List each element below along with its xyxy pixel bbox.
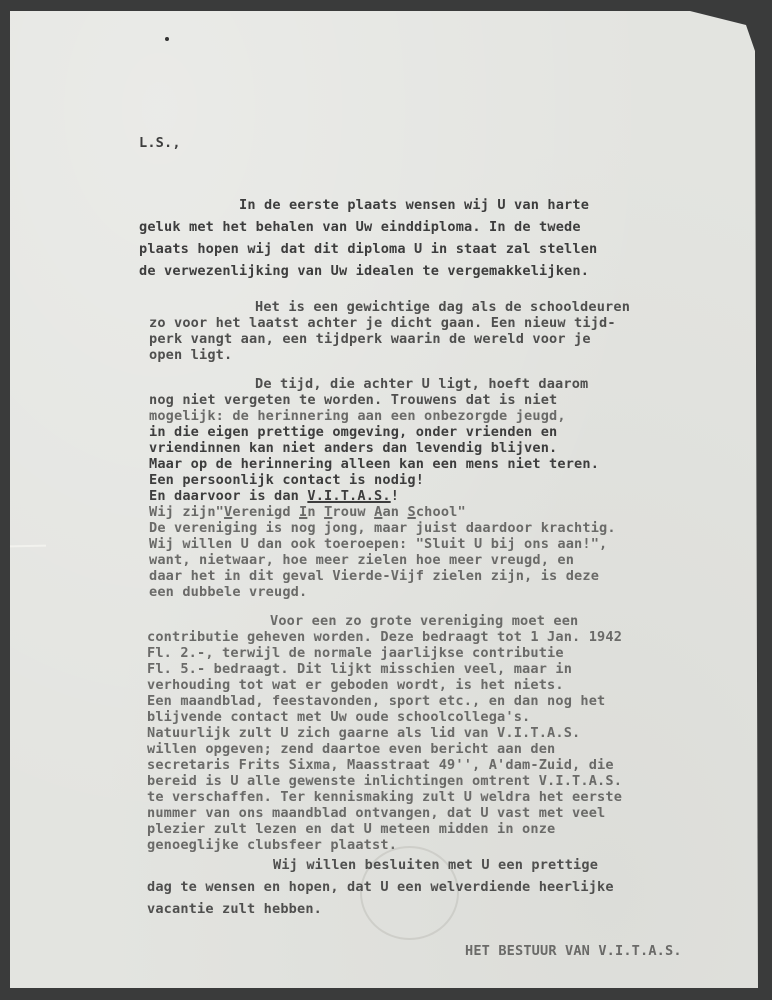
paragraph-2-line-2: zo voor het laatst achter je dicht gaan.… xyxy=(149,315,616,331)
motto-initial: I xyxy=(299,504,307,520)
vitas-underlined: V.I.T.A.S. xyxy=(307,488,390,504)
paragraph-3-line-6: Maar op de herinnering alleen kan een me… xyxy=(149,456,599,472)
motto-initial: T xyxy=(324,504,332,520)
paragraph-5-line-3: vacantie zult hebben. xyxy=(147,901,322,917)
motto-word-school: School xyxy=(407,504,457,520)
paragraph-1-line-1: In de eerste plaats wensen wij U van har… xyxy=(239,197,589,213)
paragraph-4-line-7: blijvende contact met Uw oude schoolcoll… xyxy=(147,709,530,725)
paragraph-4-line-10: secretaris Frits Sixma, Maasstraat 49'',… xyxy=(147,757,614,773)
paragraph-4-line-13: nummer van ons maandblad ontvangen, dat … xyxy=(147,805,605,821)
letter-paper: L.S., In de eerste plaats wensen wij U v… xyxy=(10,11,758,988)
paragraph-1-line-3: plaats hopen wij dat dit diploma U in st… xyxy=(139,241,597,257)
paragraph-2-line-1: Het is een gewichtige dag als de schoold… xyxy=(255,299,630,315)
paragraph-3-line-11: Wij willen U dan ook toeroepen: "Sluit U… xyxy=(149,536,607,552)
motto-line: Wij zijn"Verenigd In Trouw Aan School" xyxy=(149,504,466,520)
paragraph-3-line-7: Een persoonlijk contact is nodig! xyxy=(149,472,424,488)
paragraph-2-line-4: open ligt. xyxy=(149,347,232,363)
paragraph-4-line-9: willen opgeven; zend daartoe even berich… xyxy=(147,741,555,757)
paragraph-3-line-10: De vereniging is nog jong, maar juist da… xyxy=(149,520,616,536)
vitas-prefix: En daarvoor is dan xyxy=(149,488,307,504)
motto-word-verenigd: Verenigd xyxy=(224,504,291,520)
paragraph-3-line-1: De tijd, die achter U ligt, hoeft daarom xyxy=(255,376,588,392)
paragraph-3-line-5: vriendinnen kan niet anders dan levendig… xyxy=(149,440,557,456)
paragraph-4-line-11: bereid is U alle gewenste inlichtingen o… xyxy=(147,773,622,789)
paragraph-5-line-1: Wij willen besluiten met U een prettige xyxy=(273,857,598,873)
vitas-line: En daarvoor is dan V.I.T.A.S.! xyxy=(149,488,399,504)
paragraph-4-line-6: Een maandblad, feestavonden, sport etc.,… xyxy=(147,693,605,709)
motto-word-trouw: Trouw xyxy=(324,504,366,520)
motto-initial: A xyxy=(374,504,382,520)
paragraph-4-line-12: te verschaffen. Ter kennismaking zult U … xyxy=(147,789,622,805)
paragraph-2-line-3: perk vangt aan, een tijdperk waarin de w… xyxy=(149,331,591,347)
paragraph-5-line-2: dag te wensen en hopen, dat U een welver… xyxy=(147,879,614,895)
paragraph-3-line-4: in die eigen prettige omgeving, onder vr… xyxy=(149,424,557,440)
paragraph-1-line-4: de verwezenlijking van Uw idealen te ver… xyxy=(139,263,589,279)
motto-initial: S xyxy=(407,504,415,520)
paragraph-1-line-2: geluk met het behalen van Uw einddiploma… xyxy=(139,219,581,235)
paragraph-3-line-13: daar het in dit geval Vierde-Vijf zielen… xyxy=(149,568,599,584)
vitas-suffix: ! xyxy=(391,488,399,504)
paragraph-4-line-15: genoeglijke clubsfeer plaatst. xyxy=(147,837,397,853)
motto-suffix: " xyxy=(457,504,465,520)
paragraph-4-line-8: Natuurlijk zult U zich gaarne als lid va… xyxy=(147,725,580,741)
motto-prefix: Wij zijn" xyxy=(149,504,224,520)
letter-body: L.S., In de eerste plaats wensen wij U v… xyxy=(10,11,758,988)
paragraph-4-line-3: Fl. 2.-, terwijl de normale jaarlijkse c… xyxy=(147,645,564,661)
motto-initial: V xyxy=(224,504,232,520)
salutation: L.S., xyxy=(139,135,181,151)
paragraph-4-line-4: Fl. 5.- bedraagt. Dit lijkt misschien ve… xyxy=(147,661,572,677)
motto-word-aan: Aan xyxy=(374,504,399,520)
signature: HET BESTUUR VAN V.I.T.A.S. xyxy=(465,943,682,959)
paragraph-4-line-1: Voor een zo grote vereniging moet een xyxy=(270,613,578,629)
paragraph-3-line-3: mogelijk: de herinnering aan een onbezor… xyxy=(149,408,566,424)
paragraph-3-line-12: want, nietwaar, hoe meer zielen hoe meer… xyxy=(149,552,574,568)
paragraph-4-line-14: plezier zult lezen en dat U meteen midde… xyxy=(147,821,555,837)
paragraph-4-line-2: contributie geheven worden. Deze bedraag… xyxy=(147,629,622,645)
motto-word-in: In xyxy=(299,504,316,520)
paragraph-4-line-5: verhouding tot wat er geboden wordt, is … xyxy=(147,677,564,693)
paragraph-3-line-2: nog niet vergeten te worden. Trouwens da… xyxy=(149,392,557,408)
paragraph-3-line-14: een dubbele vreugd. xyxy=(149,584,307,600)
